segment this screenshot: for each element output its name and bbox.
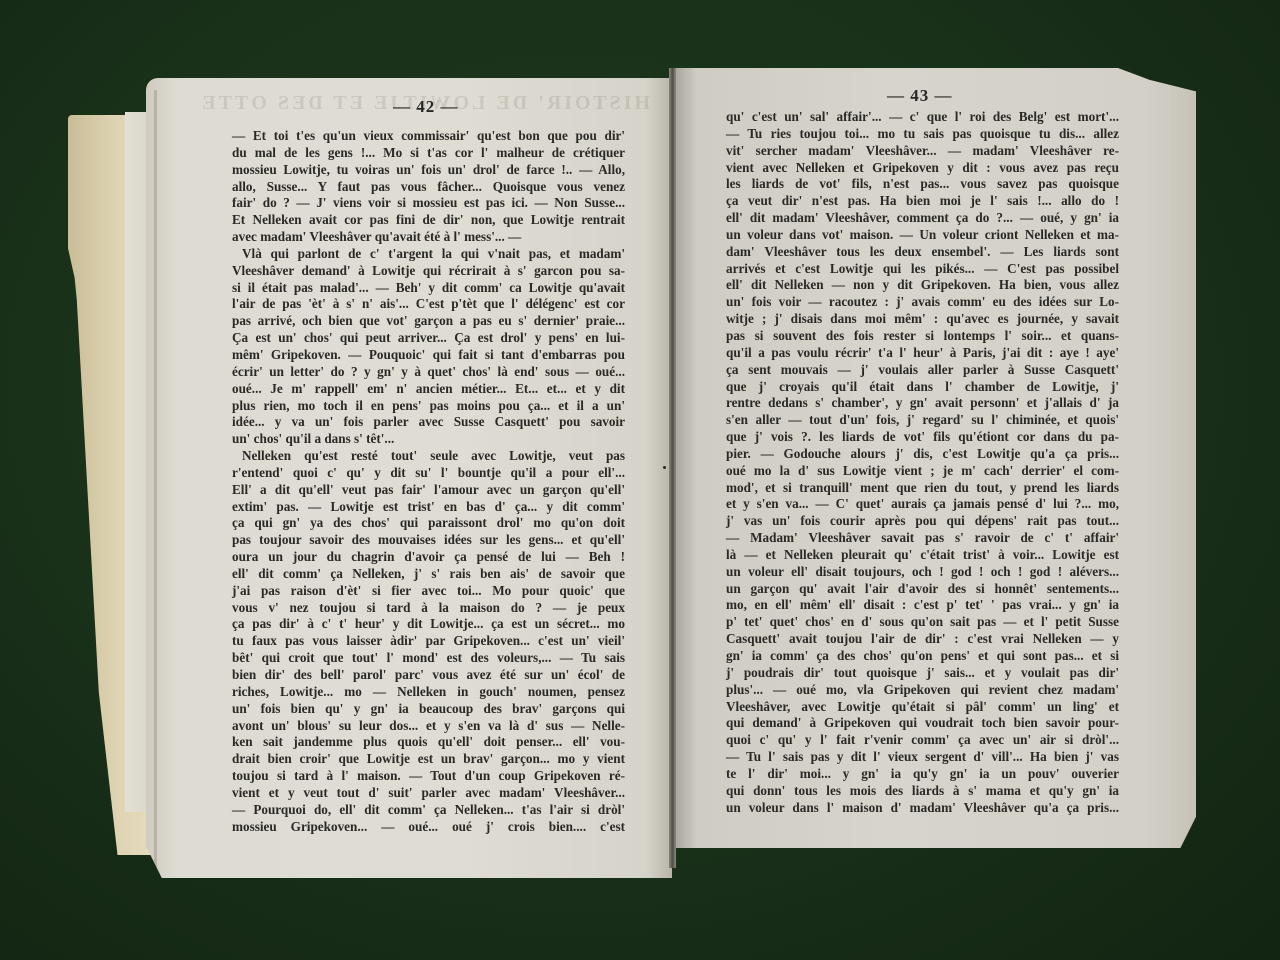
text-line: Vleeshâver, avec Lowitje qu'était si pâl… <box>726 699 1119 716</box>
text-line: vient et y veut tout d' suit' parler ave… <box>232 785 625 802</box>
text-line: bêt' qui croit que tout' l' mond' est de… <box>232 650 625 667</box>
right-page-text: qu' c'est un' sal' affair'... — c' que l… <box>726 109 1119 816</box>
text-line: bien dir' des bell' parol' parc' vous av… <box>232 667 625 684</box>
text-line: quoi c' qu' y l' fait r'venir comm' ça a… <box>726 732 1119 749</box>
text-line: si il était pas malad'... — Beh' y dit c… <box>232 280 625 297</box>
text-line: mossieu Gripekoven... — oué... oué j' cr… <box>232 819 625 836</box>
text-line: un garçon qu' avait l'air d'avoir des si… <box>726 581 1119 598</box>
text-line: un voleur ell' disait toujours, och ! go… <box>726 564 1119 581</box>
text-line: gn' ia comm' ça des chos' qu'on pens' et… <box>726 648 1119 665</box>
text-line: un voleur dans vot' maison. — Un voleur … <box>726 227 1119 244</box>
book-spine <box>669 68 676 868</box>
text-line: j' vas un' fois courir après pou qui dép… <box>726 513 1119 530</box>
text-line: fair' do ? — J' viens voir si mossieu es… <box>232 195 625 212</box>
ink-spot <box>663 466 666 469</box>
text-line: l'air de pas 'èt' à s' n' ais'... C'est … <box>232 296 625 313</box>
text-line: pas toujour savoir des mouvaises idées s… <box>232 532 625 549</box>
text-line: mod', et si tranquill' ment que rien du … <box>726 480 1119 497</box>
text-line: avec madam' Vleeshâver qu'avait été à l'… <box>232 229 625 246</box>
text-line: oué... Je m' rappell' em' n' ancien méti… <box>232 381 625 398</box>
text-line: ça veut dir' n'est pas. Ha bien moi je l… <box>726 193 1119 210</box>
text-line: qui donn' tous les mois des liards à s' … <box>726 783 1119 800</box>
text-line: toujou si tard à l' maison. — Tout d'un … <box>232 768 625 785</box>
text-line: ça qui gn' ya des chos' qui paraissont d… <box>232 515 625 532</box>
text-line: Vlà qui parlont de c' t'argent la qui v'… <box>232 246 625 263</box>
text-line: et y s'en va... — C' quet' aurais ça jam… <box>726 496 1119 513</box>
text-line: qu' c'est un' sal' affair'... — c' que l… <box>726 109 1119 126</box>
text-line: idée... y va un' fois parler avec Susse … <box>232 414 625 431</box>
text-line: tu faux pas vous laisser àdir' par Gripe… <box>232 633 625 650</box>
text-line: Ça est un' chos' qui peut arriver... Ça … <box>232 330 625 347</box>
text-line: vit' sercher madam' Vleeshâver... — mada… <box>726 143 1119 160</box>
left-page-text: — Et toi t'es qu'un vieux commissair' qu… <box>232 128 625 835</box>
text-line: ell' dit madam' Vleeshâver, comment ça d… <box>726 210 1119 227</box>
text-line: Ell' a dit qu'ell' veut pas fair' l'amou… <box>232 482 625 499</box>
text-line: qu'il a pas voulu récrir' t'a l' heur' à… <box>726 345 1119 362</box>
text-line: oura un jour du chagrin d'avoir ça pensé… <box>232 549 625 566</box>
page-number-right: — 43 — <box>887 86 953 106</box>
text-line: rentre dedans s' chamber', y gn' avait p… <box>726 395 1119 412</box>
text-line: mêm' Gripekoven. — Pouquoic' qui fait si… <box>232 347 625 364</box>
text-line: les liards de vot' fils, n'est pas... vo… <box>726 176 1119 193</box>
text-line: — Madam' Vleeshâver savait pas s' ravoir… <box>726 530 1119 547</box>
text-line: — Tu l' sais pas y dit l' vieux sergent … <box>726 749 1119 766</box>
text-line: ell' dit Nelleken — non y dit Gripekoven… <box>726 277 1119 294</box>
text-line: dam' Vleeshâver tous les deux ensembel'.… <box>726 244 1119 261</box>
text-line: witje ; j' disais dans moi mêm' : qu'ave… <box>726 311 1119 328</box>
text-line: ça pas dir' à c' t' heur' y dit Lowitje.… <box>232 616 625 633</box>
text-line: ell' dit comm' ça Nelleken, j' s' rais b… <box>232 566 625 583</box>
text-line: ça sent mouvais — j' voulais aller parle… <box>726 362 1119 379</box>
text-line: extim' pas. — Lowitje est trist' en bas … <box>232 499 625 516</box>
text-line: Casquett' avait toujou l'air de dir' : c… <box>726 631 1119 648</box>
text-line: un' fois bien qu' y gn' ia beaucoup des … <box>232 701 625 718</box>
text-line: que j' vois ?. les liards de vot' fils q… <box>726 429 1119 446</box>
text-line: — Et toi t'es qu'un vieux commissair' qu… <box>232 128 625 145</box>
text-line: oué mo la d' sus Lowitje vient ; je m' c… <box>726 463 1119 480</box>
text-line: écrir' un letter' do ? y gn' y à quet' c… <box>232 364 625 381</box>
text-line: qui demand' à Gripekoven qui voudrait to… <box>726 715 1119 732</box>
text-line: pas arrivé, och bien que vot' garçon a p… <box>232 313 625 330</box>
text-line: avont un' blous' su leur dos... et y s'e… <box>232 718 625 735</box>
text-line: là — et Nelleken pleurait qu' c'était tr… <box>726 547 1119 564</box>
text-line: plus'... — oué mo, vla Gripekoven qui re… <box>726 682 1119 699</box>
text-line: — Tu ries toujou toi... mo tu sais pas q… <box>726 126 1119 143</box>
text-line: un' chos' qu'il a dans s' têt'... <box>232 431 625 448</box>
text-line: vous v' nez toujou si tard à la maison d… <box>232 600 625 617</box>
text-line: que j' croyais qu'il était dans l' chamb… <box>726 379 1119 396</box>
text-line: j'ai pas raison d'èt' si fier avec toi..… <box>232 583 625 600</box>
text-line: — Pourquoi do, ell' dit comm' ça Nelleke… <box>232 802 625 819</box>
text-line: allo, Susse... Y faut pas vous fâcher...… <box>232 179 625 196</box>
text-line: pas si souvent des fois rester si lontem… <box>726 328 1119 345</box>
text-line: drait bien croir' que Lowitje est un bra… <box>232 751 625 768</box>
text-line: Vleeshâver demand' à Lowitje qui récrira… <box>232 263 625 280</box>
text-line: plus rien, mo toch il en pens' pas moins… <box>232 398 625 415</box>
text-line: un' fois voir — racoutez : j' avais comm… <box>726 294 1119 311</box>
text-line: te l' dir' moi... y gn' ia qu'y gn' ia u… <box>726 766 1119 783</box>
text-line: j' poudrais dir' tout quoisque j' sais..… <box>726 665 1119 682</box>
text-line: s'en aller — tout d'un' fois, j' regard'… <box>726 412 1119 429</box>
text-line: un voleur dans l' maison d' madam' Vlees… <box>726 800 1119 817</box>
text-line: Et Nelleken avait cor pas fini de dir' n… <box>232 212 625 229</box>
text-line: pier. — Godouche alours j' dis, c'est Lo… <box>726 446 1119 463</box>
text-line: arrivés et c'est Lowitje qui les pikés..… <box>726 261 1119 278</box>
page-number-left: — 42 — <box>393 97 459 117</box>
text-line: ken sait jandemme plus quois qu'ell' doi… <box>232 734 625 751</box>
text-line: Nelleken qu'est resté tout' seule avec L… <box>232 448 625 465</box>
text-line: mossieu Lowitje, tu voiras un' fois un' … <box>232 162 625 179</box>
text-line: r'entend' quoi c' qu' y dit su' l' bount… <box>232 465 625 482</box>
text-line: du mal de les gens !... Mo si t'as cor l… <box>232 145 625 162</box>
text-line: mo, en ell' mêm' ell' disait : c'est p' … <box>726 597 1119 614</box>
text-line: riches, Lowitje... mo — Nelleken in gouc… <box>232 684 625 701</box>
text-line: vient avec Nelleken et Gripekoven y dit … <box>726 160 1119 177</box>
text-line: p' tet' quet' chos' en d' sous qu'on sai… <box>726 614 1119 631</box>
